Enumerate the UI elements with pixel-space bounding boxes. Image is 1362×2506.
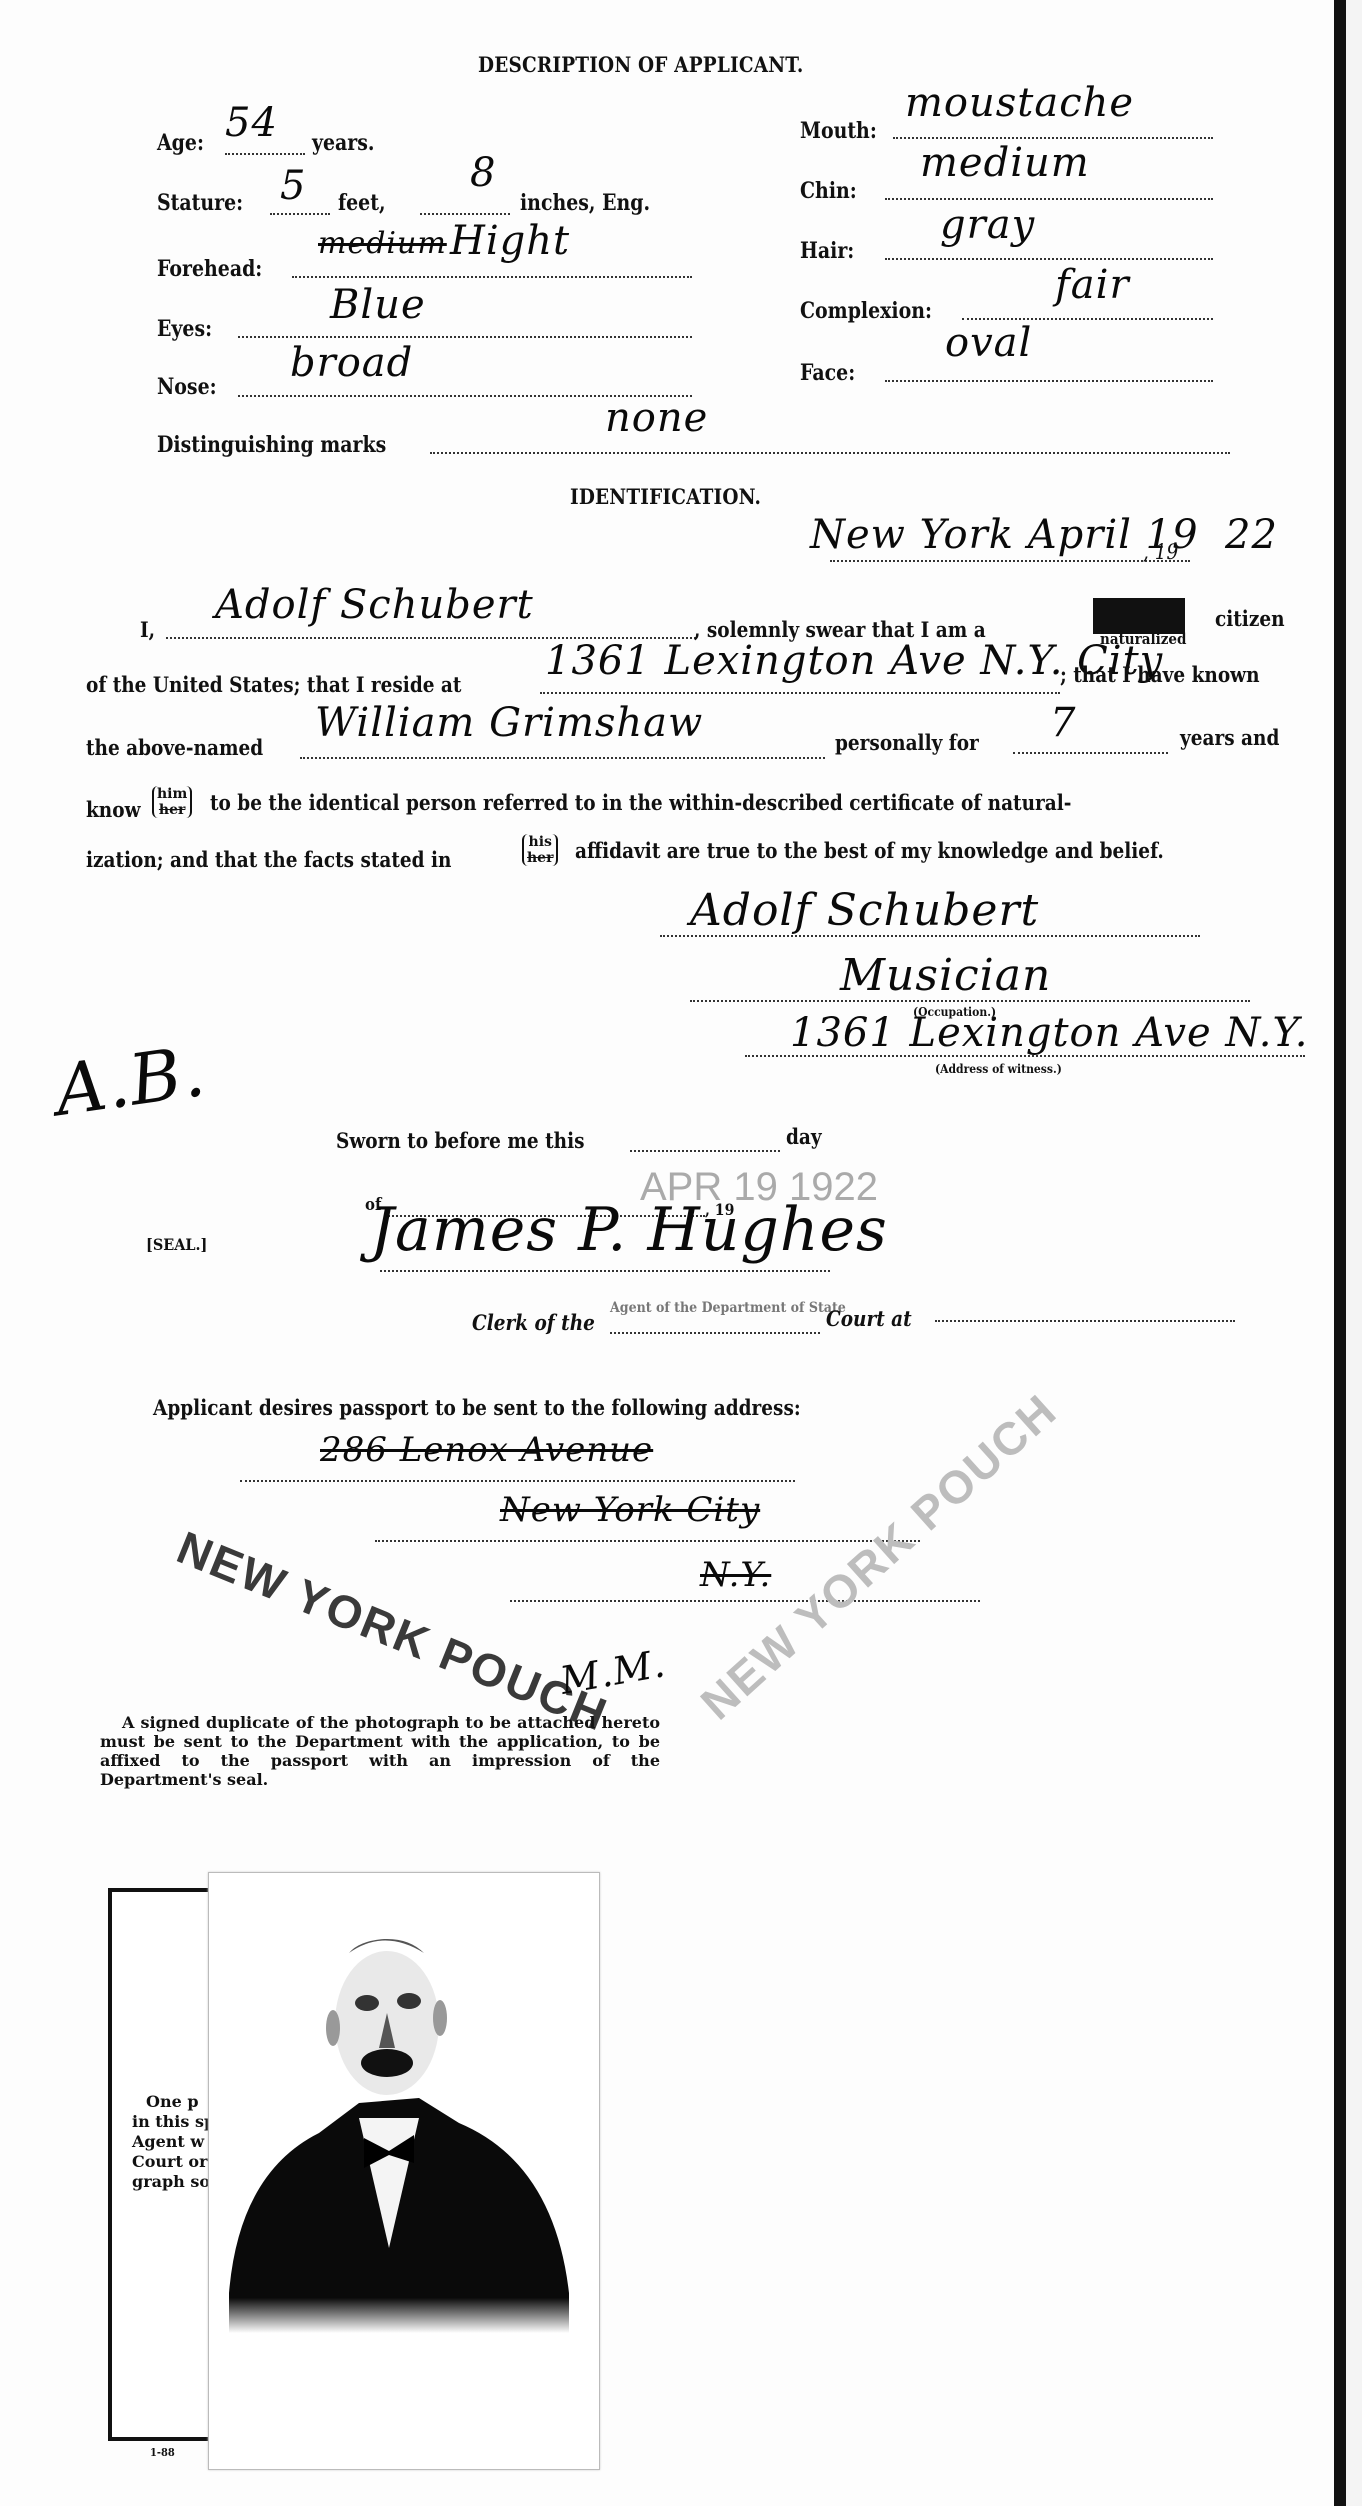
distinguishing-marks-label: Distinguishing marks: [157, 432, 386, 458]
line5-suffix: affidavit are true to the best of my kno…: [575, 838, 1164, 863]
agent-department-stamp: Agent of the Department of State: [610, 1300, 846, 1316]
pronoun-her-struck: her: [157, 802, 187, 818]
eyes-value: Blue: [330, 282, 426, 328]
forehead-value: Hight: [450, 218, 570, 264]
applicant-photo: [208, 1872, 600, 2470]
inches-label: inches, Eng.: [520, 190, 650, 216]
mailing-address-label: Applicant desires passport to be sent to…: [153, 1395, 801, 1420]
mouth-label: Mouth:: [800, 118, 877, 144]
witness-signature: Adolf Schubert: [690, 885, 1039, 936]
box-left-line-3: Agent w: [132, 2132, 215, 2152]
year-value: 22: [1225, 512, 1278, 558]
pronoun-him: him: [157, 786, 187, 802]
age-label: Age:: [157, 130, 204, 156]
age-value: 54: [225, 100, 278, 146]
court-name-line: [610, 1332, 820, 1334]
forehead-label: Forehead:: [157, 256, 262, 282]
witness-address-value: 1361 Lexington Ave N.Y.: [790, 1010, 1308, 1056]
chin-label: Chin:: [800, 178, 857, 204]
pronoun-her-struck-2: her: [527, 850, 553, 866]
line2-suffix: ; that I have known: [1060, 662, 1260, 687]
mailing-line-2: [375, 1540, 920, 1542]
applicant-name-value: William Grimshaw: [315, 700, 703, 746]
hair-label: Hair:: [800, 238, 854, 264]
portrait-image: [209, 1873, 599, 2469]
age-suffix: years.: [312, 130, 374, 156]
line1-suffix: citizen: [1215, 606, 1285, 631]
eyes-label: Eyes:: [157, 316, 212, 342]
pronoun-his: his: [527, 834, 553, 850]
forehead-struck-value: medium: [318, 226, 447, 261]
line2-prefix: of the United States; that I reside at: [86, 672, 461, 697]
face-line: [885, 380, 1213, 382]
complexion-value: fair: [1055, 262, 1130, 308]
photo-duplicate-note: A signed duplicate of the photograph to …: [100, 1713, 660, 1789]
mouth-value: moustache: [905, 80, 1134, 126]
box-left-line-2: in this sp: [132, 2112, 215, 2132]
identification-heading: IDENTIFICATION.: [570, 484, 761, 509]
line4-suffix: to be the identical person referred to i…: [210, 790, 1071, 815]
adjacent-page-edge: [1346, 0, 1362, 2506]
binding-edge: [1334, 0, 1346, 2506]
stature-inches-value: 8: [470, 150, 496, 196]
description-heading: DESCRIPTION OF APPLICANT.: [478, 52, 803, 77]
distinguishing-marks-line: [430, 452, 1230, 454]
clerk-signature: James P. Hughes: [370, 1195, 888, 1265]
face-label: Face:: [800, 360, 855, 386]
sworn-label: Sworn to before me this: [336, 1128, 585, 1153]
chin-value: medium: [920, 140, 1090, 186]
age-line: [225, 153, 305, 155]
pronoun-choice-him-her: him her: [152, 786, 192, 818]
place-date-line: [830, 560, 1190, 562]
mailing-address-line-3: N.Y.: [700, 1555, 771, 1595]
nose-label: Nose:: [157, 374, 217, 400]
feet-label: feet,: [338, 190, 386, 216]
mailing-initials: M.M.: [557, 1641, 669, 1703]
court-label: Court at: [826, 1306, 912, 1331]
nose-value: broad: [290, 340, 413, 386]
occupation-value: Musician: [840, 950, 1051, 1001]
witness-residence-line: [540, 692, 1060, 694]
complexion-label: Complexion:: [800, 298, 932, 324]
clerk-signature-line: [380, 1270, 830, 1272]
line3-prefix: the above-named: [86, 735, 263, 760]
address-of-witness-label: (Address of witness.): [935, 1062, 1062, 1076]
place-date-value: New York April 19: [810, 512, 1199, 558]
photo-box-left-text: One p in this sp Agent w Court or graph …: [132, 2092, 215, 2192]
pronoun-choice-his-her: his her: [522, 834, 558, 866]
distinguishing-marks-value: none: [605, 395, 708, 441]
inches-line: [420, 213, 510, 215]
mailing-line-3: [510, 1600, 980, 1602]
years-known-value: 7: [1050, 700, 1076, 746]
form-number: 1-88: [150, 2446, 175, 2459]
witness-name-value: Adolf Schubert: [215, 582, 534, 628]
stature-feet-value: 5: [280, 163, 306, 209]
feet-line: [270, 213, 330, 215]
years-known-line: [1013, 752, 1168, 754]
hair-value: gray: [940, 202, 1035, 248]
applicant-name-line: [300, 757, 825, 759]
new-york-pouch-stamp: NEW YORK POUCH: [170, 1520, 616, 1742]
sworn-day-line: [630, 1150, 780, 1152]
mouth-line: [893, 137, 1213, 139]
year-prefix: , 19: [1143, 540, 1178, 564]
line5-prefix: ization; and that the facts stated in: [86, 847, 451, 872]
box-left-line-5: graph so: [132, 2172, 215, 2192]
redacted-native-option: [1093, 598, 1185, 634]
mailing-address-line-1: 286 Lenox Avenue: [320, 1430, 653, 1470]
chin-line: [885, 198, 1213, 200]
seal-label: [SEAL.]: [146, 1235, 207, 1254]
box-left-line-4: Court or: [132, 2152, 215, 2172]
clerk-label: Clerk of the: [472, 1310, 595, 1335]
passport-application-page: DESCRIPTION OF APPLICANT. Age: 54 years.…: [0, 0, 1362, 2506]
margin-initials: A.B.: [50, 1030, 210, 1132]
eyes-line: [238, 336, 692, 338]
hair-line: [885, 258, 1213, 260]
line3-mid: personally for: [835, 730, 979, 755]
mailing-address-line-2: New York City: [500, 1490, 760, 1530]
line4-prefix: know: [86, 797, 140, 822]
forehead-line: [292, 276, 692, 278]
line3-suffix: years and: [1180, 725, 1279, 750]
box-left-line-1: One p: [132, 2092, 215, 2112]
face-value: oval: [945, 320, 1032, 366]
day-label: day: [786, 1124, 822, 1149]
line1-prefix: I,: [140, 617, 155, 642]
stature-label: Stature:: [157, 190, 243, 216]
mailing-line-1: [240, 1480, 795, 1482]
court-location-line: [935, 1320, 1235, 1322]
